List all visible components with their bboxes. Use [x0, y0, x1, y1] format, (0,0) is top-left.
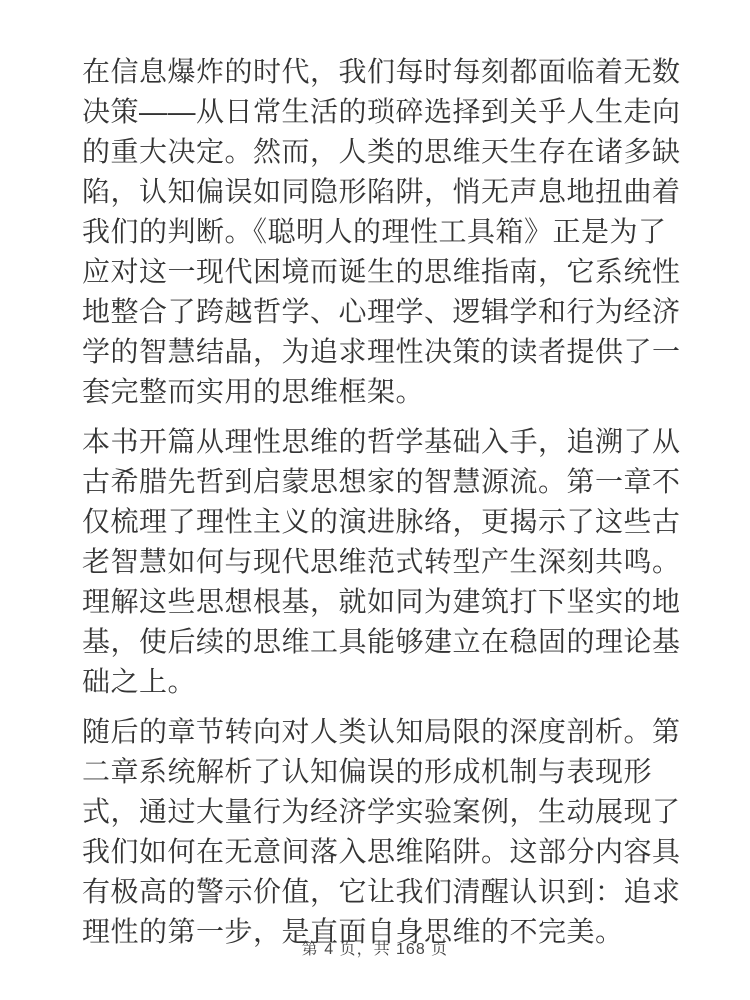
- document-page: 在信息爆炸的时代，我们每时每刻都面临着无数决策——从日常生活的琐碎选择到关乎人生…: [0, 0, 750, 1000]
- paragraph-2: 本书开篇从理性思维的哲学基础入手，追溯了从古希腊先哲到启蒙思想家的智慧源流。第一…: [82, 422, 682, 702]
- page-body-text: 在信息爆炸的时代，我们每时每刻都面临着无数决策——从日常生活的琐碎选择到关乎人生…: [82, 52, 682, 962]
- paragraph-3: 随后的章节转向对人类认知局限的深度剖析。第二章系统解析了认知偏误的形成机制与表现…: [82, 712, 682, 952]
- paragraph-1: 在信息爆炸的时代，我们每时每刻都面临着无数决策——从日常生活的琐碎选择到关乎人生…: [82, 52, 682, 412]
- page-number-footer: 第 4 页，共 168 页: [0, 938, 750, 962]
